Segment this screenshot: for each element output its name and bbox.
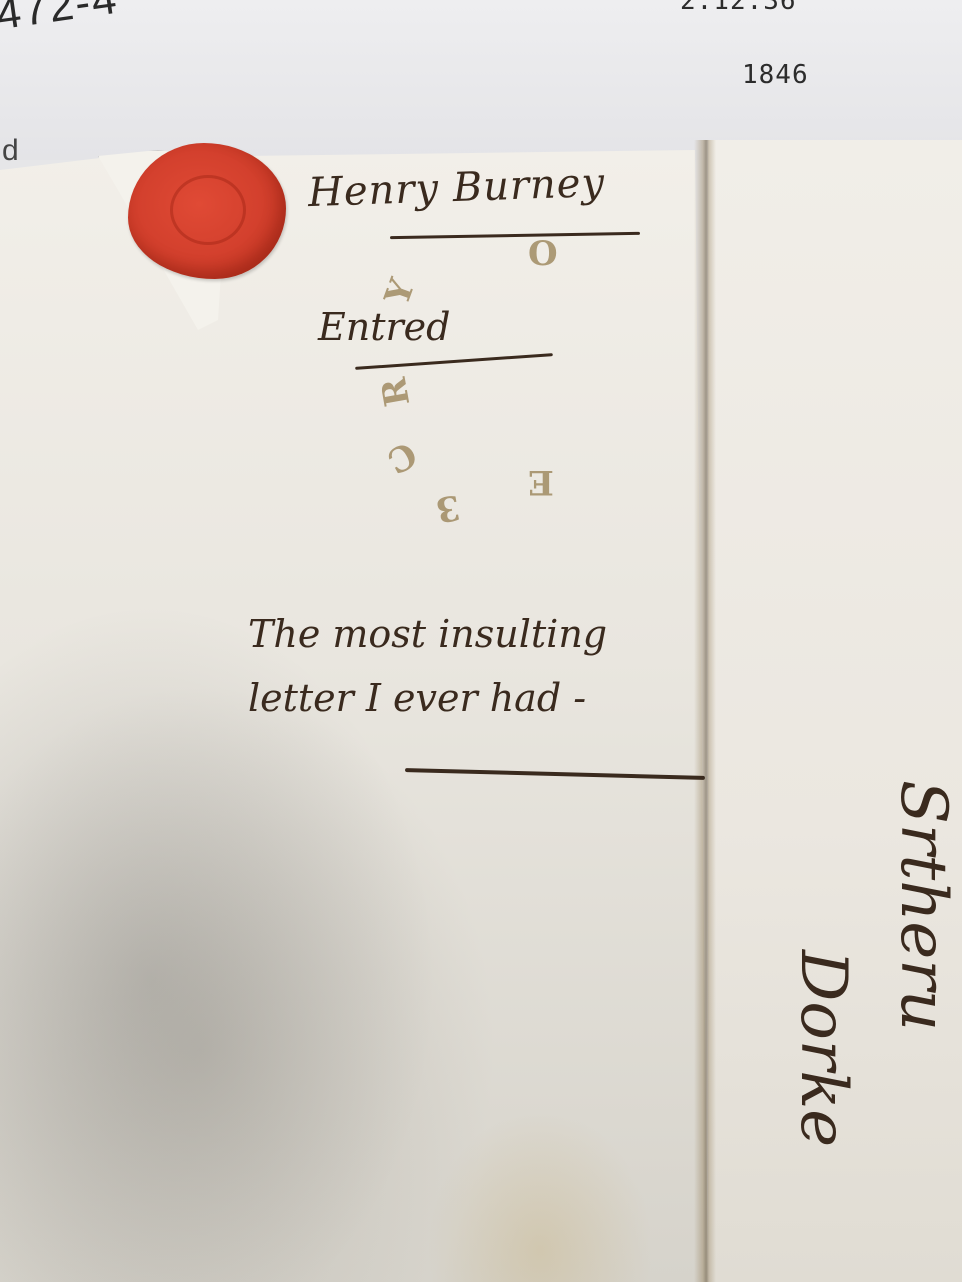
- annotation-line-1: The most insulting: [248, 612, 607, 656]
- typed-date: 2.12.36: [680, 0, 797, 16]
- address-fragment-2: Dorke: [786, 950, 860, 1147]
- backing-sheet: [0, 0, 962, 160]
- annotation-line-2: letter I ever had -: [248, 676, 586, 720]
- postmark-letter: E: [528, 462, 554, 502]
- postmark-letter: R: [374, 375, 418, 410]
- postmark-letter: O: [528, 234, 558, 274]
- endorsement-entred: Entred: [318, 305, 450, 349]
- corner-mark: d: [2, 134, 19, 168]
- typed-year: 1846: [742, 60, 809, 90]
- fold-crease: [694, 140, 716, 1282]
- postmark-stamp: O Y R E 3 C: [378, 232, 638, 522]
- address-fragment-1: Srtheru: [886, 780, 960, 1031]
- wax-seal-icon: [128, 143, 286, 279]
